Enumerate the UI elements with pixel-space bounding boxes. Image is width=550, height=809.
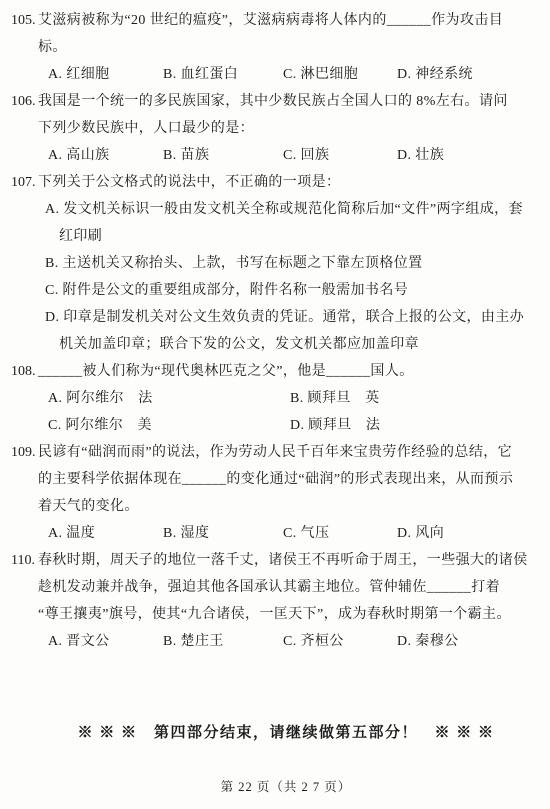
- option-a: A. 温度: [48, 520, 163, 547]
- option-paragraph-b: B. 主送机关又称抬头、上款，书写在标题之下靠左顶格位置: [38, 250, 534, 277]
- option-paragraph-d: D. 印章是制发机关对公文生效负责的凭证。通常，联合上报的公文，由主办 机关加盖…: [38, 304, 534, 358]
- question-text: 春秋时期，周天子的地位一落千丈，诸侯王不再听命于周王，一些强大的诸侯: [38, 553, 528, 568]
- option-b: B. 苗族: [163, 142, 283, 169]
- question-110: 110.春秋时期，周天子的地位一落千丈，诸侯王不再听命于周王，一些强大的诸侯 趁…: [38, 547, 534, 655]
- option-a: A. 高山族: [48, 142, 163, 169]
- page-number: 第 22 页（共 2 7 页）: [38, 777, 534, 797]
- question-line: 标。: [38, 34, 534, 61]
- question-text: 民谚有“础润而雨”的说法，作为劳动人民千百年来宝贵劳作经验的总结，它: [38, 445, 512, 460]
- option-line: A. 发文机关标识一般由发文机关全称或规范化简称后加“文件”两字组成，套: [38, 196, 534, 223]
- question-line: 108.______被人们称为“现代奥林匹克之父”，他是______国人。: [38, 358, 534, 385]
- option-paragraph-a: A. 发文机关标识一般由发文机关全称或规范化简称后加“文件”两字组成，套 红印刷: [38, 196, 534, 250]
- question-109: 109.民谚有“础润而雨”的说法，作为劳动人民千百年来宝贵劳作经验的总结，它 的…: [38, 439, 534, 547]
- option-c: C. 齐桓公: [283, 628, 397, 655]
- option-line: D. 印章是制发机关对公文生效负责的凭证。通常，联合上报的公文，由主办: [38, 304, 534, 331]
- option-d: D. 风向: [397, 520, 534, 547]
- question-number: 110.: [11, 547, 38, 574]
- option-a: A. 红细胞: [48, 61, 163, 88]
- question-line: “尊王攘夷”旗号，使其“九合诸侯，一匡天下”，成为春秋时期第一个霸主。: [38, 601, 534, 628]
- option-b: B. 楚庄王: [163, 628, 283, 655]
- options-row: A. 晋文公 B. 楚庄王 C. 齐桓公 D. 秦穆公: [38, 628, 534, 655]
- question-line: 109.民谚有“础润而雨”的说法，作为劳动人民千百年来宝贵劳作经验的总结，它: [38, 439, 534, 466]
- question-text: ______被人们称为“现代奥林匹克之父”，他是______国人。: [38, 364, 414, 379]
- question-text: 我国是一个统一的多民族国家，其中少数民族占全国人口的 8%左右。请问: [38, 94, 508, 109]
- exam-paper-page: 105.艾滋病被称为“20 世纪的瘟疫”，艾滋病病毒将人体内的______作为攻…: [0, 0, 550, 809]
- question-line: 110.春秋时期，周天子的地位一落千丈，诸侯王不再听命于周王，一些强大的诸侯: [38, 547, 534, 574]
- option-d: D. 壮族: [397, 142, 534, 169]
- section-end-notice: ※ ※ ※ 第四部分结束，请继续做第五部分！ ※ ※ ※: [38, 721, 534, 745]
- option-d: D. 秦穆公: [397, 628, 534, 655]
- option-c: C. 气压: [283, 520, 397, 547]
- question-number: 106.: [11, 88, 38, 115]
- options-grid: A. 阿尔维尔 法 B. 顾拜旦 英 C. 阿尔维尔 美 D. 顾拜旦 法: [38, 385, 534, 439]
- question-106: 106.我国是一个统一的多民族国家，其中少数民族占全国人口的 8%左右。请问 下…: [38, 88, 534, 169]
- question-line: 下列少数民族中，人口最少的是：: [38, 115, 534, 142]
- question-number: 105.: [11, 7, 38, 34]
- options-row: A. 红细胞 B. 血红蛋白 C. 淋巴细胞 D. 神经系统: [38, 61, 534, 88]
- options-row: A. 高山族 B. 苗族 C. 回族 D. 壮族: [38, 142, 534, 169]
- option-paragraph-c: C. 附件是公文的重要组成部分，附件名称一般需加书名号: [38, 277, 534, 304]
- option-d: D. 顾拜旦 法: [290, 412, 534, 439]
- question-line: 的主要科学依据体现在______的变化通过“础润”的形式表现出来，从而预示: [38, 466, 534, 493]
- option-b: B. 血红蛋白: [163, 61, 283, 88]
- question-text: 艾滋病被称为“20 世纪的瘟疫”，艾滋病病毒将人体内的______作为攻击目: [38, 13, 503, 28]
- question-line: 105.艾滋病被称为“20 世纪的瘟疫”，艾滋病病毒将人体内的______作为攻…: [38, 7, 534, 34]
- option-line: C. 附件是公文的重要组成部分，附件名称一般需加书名号: [38, 277, 534, 304]
- question-number: 109.: [11, 439, 38, 466]
- question-number: 108.: [11, 358, 38, 385]
- option-c: C. 阿尔维尔 美: [48, 412, 290, 439]
- option-c: C. 回族: [283, 142, 397, 169]
- option-b: B. 顾拜旦 英: [290, 385, 534, 412]
- question-line: 107.下列关于公文格式的说法中，不正确的一项是：: [38, 169, 534, 196]
- option-line: B. 主送机关又称抬头、上款，书写在标题之下靠左顶格位置: [38, 250, 534, 277]
- option-c: C. 淋巴细胞: [283, 61, 397, 88]
- question-number: 107.: [11, 169, 38, 196]
- options-row: A. 温度 B. 湿度 C. 气压 D. 风向: [38, 520, 534, 547]
- question-line: 趁机发动兼并战争，强迫其他各国承认其霸主地位。管仲辅佐______打着: [38, 574, 534, 601]
- option-line: 红印刷: [38, 223, 534, 250]
- option-a: A. 阿尔维尔 法: [48, 385, 290, 412]
- question-text: 下列关于公文格式的说法中，不正确的一项是：: [38, 175, 340, 190]
- question-line: 着天气的变化。: [38, 493, 534, 520]
- question-107: 107.下列关于公文格式的说法中，不正确的一项是： A. 发文机关标识一般由发文…: [38, 169, 534, 358]
- question-105: 105.艾滋病被称为“20 世纪的瘟疫”，艾滋病病毒将人体内的______作为攻…: [38, 7, 534, 88]
- option-b: B. 湿度: [163, 520, 283, 547]
- question-108: 108.______被人们称为“现代奥林匹克之父”，他是______国人。 A.…: [38, 358, 534, 439]
- option-line: 机关加盖印章；联合下发的公文，发文机关都应加盖印章: [38, 331, 534, 358]
- option-d: D. 神经系统: [397, 61, 534, 88]
- option-a: A. 晋文公: [48, 628, 163, 655]
- question-line: 106.我国是一个统一的多民族国家，其中少数民族占全国人口的 8%左右。请问: [38, 88, 534, 115]
